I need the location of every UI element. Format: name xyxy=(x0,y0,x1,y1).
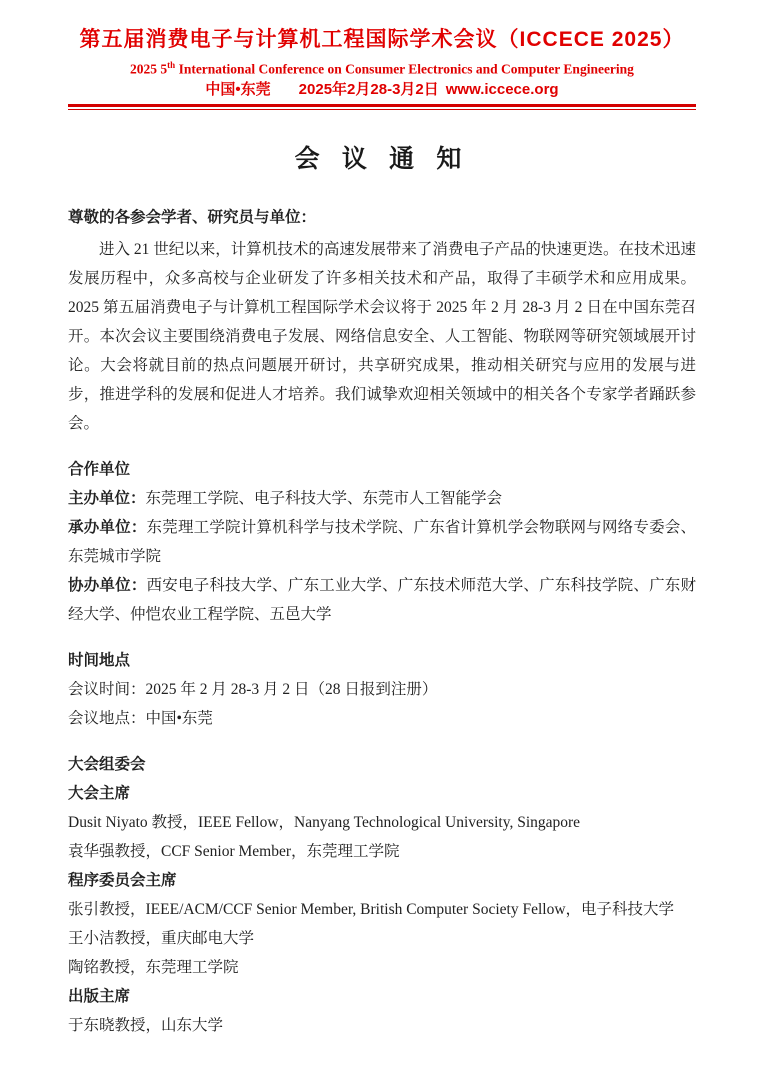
venue-url: www.iccece.org xyxy=(446,81,559,98)
organizing-committee-heading: 大会组委会 xyxy=(68,750,696,779)
venue-dates: 2025年2月28-3月2日 xyxy=(299,81,439,98)
host-unit-label: 主办单位： xyxy=(68,490,146,507)
program-chair-line: 王小洁教授，重庆邮电大学 xyxy=(68,924,696,953)
document-title: 会 议 通 知 xyxy=(68,144,696,176)
publication-chairs-heading: 出版主席 xyxy=(68,982,696,1011)
general-chairs-heading: 大会主席 xyxy=(68,779,696,808)
letterhead-en-prefix: 2025 5 xyxy=(130,62,167,77)
host-unit-text: 东莞理工学院、电子科技大学、东莞市人工智能学会 xyxy=(146,490,503,507)
conference-notice-page: 第五届消费电子与计算机工程国际学术会议（ICCECE 2025） 2025 5t… xyxy=(0,0,763,1079)
section-time-place: 时间地点 会议时间：2025 年 2 月 28-3 月 2 日（28 日报到注册… xyxy=(68,646,696,733)
letterhead-en-rest: International Conference on Consumer Ele… xyxy=(175,62,634,77)
program-chair-line: 张引教授，IEEE/ACM/CCF Senior Member, British… xyxy=(68,895,696,924)
section-organizing-committee: 大会组委会 大会主席 Dusit Niyato 教授，IEEE Fellow，N… xyxy=(68,750,696,1040)
organizer-unit-line: 承办单位：东莞理工学院计算机科学与技术学院、广东省计算机学会物联网与网络专委会、… xyxy=(68,513,696,571)
time-place-heading: 时间地点 xyxy=(68,646,696,675)
venue-city: 中国•东莞 xyxy=(205,81,270,98)
publication-chair-line: 于东晓教授，山东大学 xyxy=(68,1011,696,1040)
program-chairs-heading: 程序委员会主席 xyxy=(68,866,696,895)
cooperating-units-heading: 合作单位 xyxy=(68,455,696,484)
intro-paragraph: 进入 21 世纪以来，计算机技术的高速发展带来了消费电子产品的快速更迭。在技术迅… xyxy=(68,235,696,438)
salutation: 尊敬的各参会学者、研究员与单位： xyxy=(68,203,696,232)
general-chair-line: Dusit Niyato 教授，IEEE Fellow，Nanyang Tech… xyxy=(68,808,696,837)
conference-place-line: 会议地点：中国•东莞 xyxy=(68,704,696,733)
conference-time-line: 会议时间：2025 年 2 月 28-3 月 2 日（28 日报到注册） xyxy=(68,675,696,704)
letterhead-title-cn: 第五届消费电子与计算机工程国际学术会议（ICCECE 2025） xyxy=(68,26,696,54)
divider-thick-line xyxy=(68,104,696,107)
program-chair-line: 陶铭教授，东莞理工学院 xyxy=(68,953,696,982)
letterhead-title-en: 2025 5th International Conference on Con… xyxy=(68,56,696,79)
co-organizer-unit-label: 协办单位： xyxy=(68,577,147,594)
host-unit-line: 主办单位：东莞理工学院、电子科技大学、东莞市人工智能学会 xyxy=(68,484,696,513)
section-cooperating-units: 合作单位 主办单位：东莞理工学院、电子科技大学、东莞市人工智能学会 承办单位：东… xyxy=(68,455,696,629)
letterhead-venue-line: 中国•东莞2025年2月28-3月2日www.iccece.org xyxy=(68,80,696,100)
organizer-unit-text: 东莞理工学院计算机科学与技术学院、广东省计算机学会物联网与网络专委会、东莞城市学… xyxy=(68,519,696,565)
divider-thin-line xyxy=(68,109,696,110)
co-organizer-unit-text: 西安电子科技大学、广东工业大学、广东技术师范大学、广东科技学院、广东财经大学、仲… xyxy=(68,577,696,623)
co-organizer-unit-line: 协办单位：西安电子科技大学、广东工业大学、广东技术师范大学、广东科技学院、广东财… xyxy=(68,571,696,629)
organizer-unit-label: 承办单位： xyxy=(68,519,147,536)
general-chair-line: 袁华强教授，CCF Senior Member，东莞理工学院 xyxy=(68,837,696,866)
document-body: 尊敬的各参会学者、研究员与单位： 进入 21 世纪以来，计算机技术的高速发展带来… xyxy=(68,203,696,1040)
letterhead-divider xyxy=(68,104,696,110)
letterhead-en-superscript: th xyxy=(167,60,175,70)
letterhead: 第五届消费电子与计算机工程国际学术会议（ICCECE 2025） 2025 5t… xyxy=(68,26,696,110)
